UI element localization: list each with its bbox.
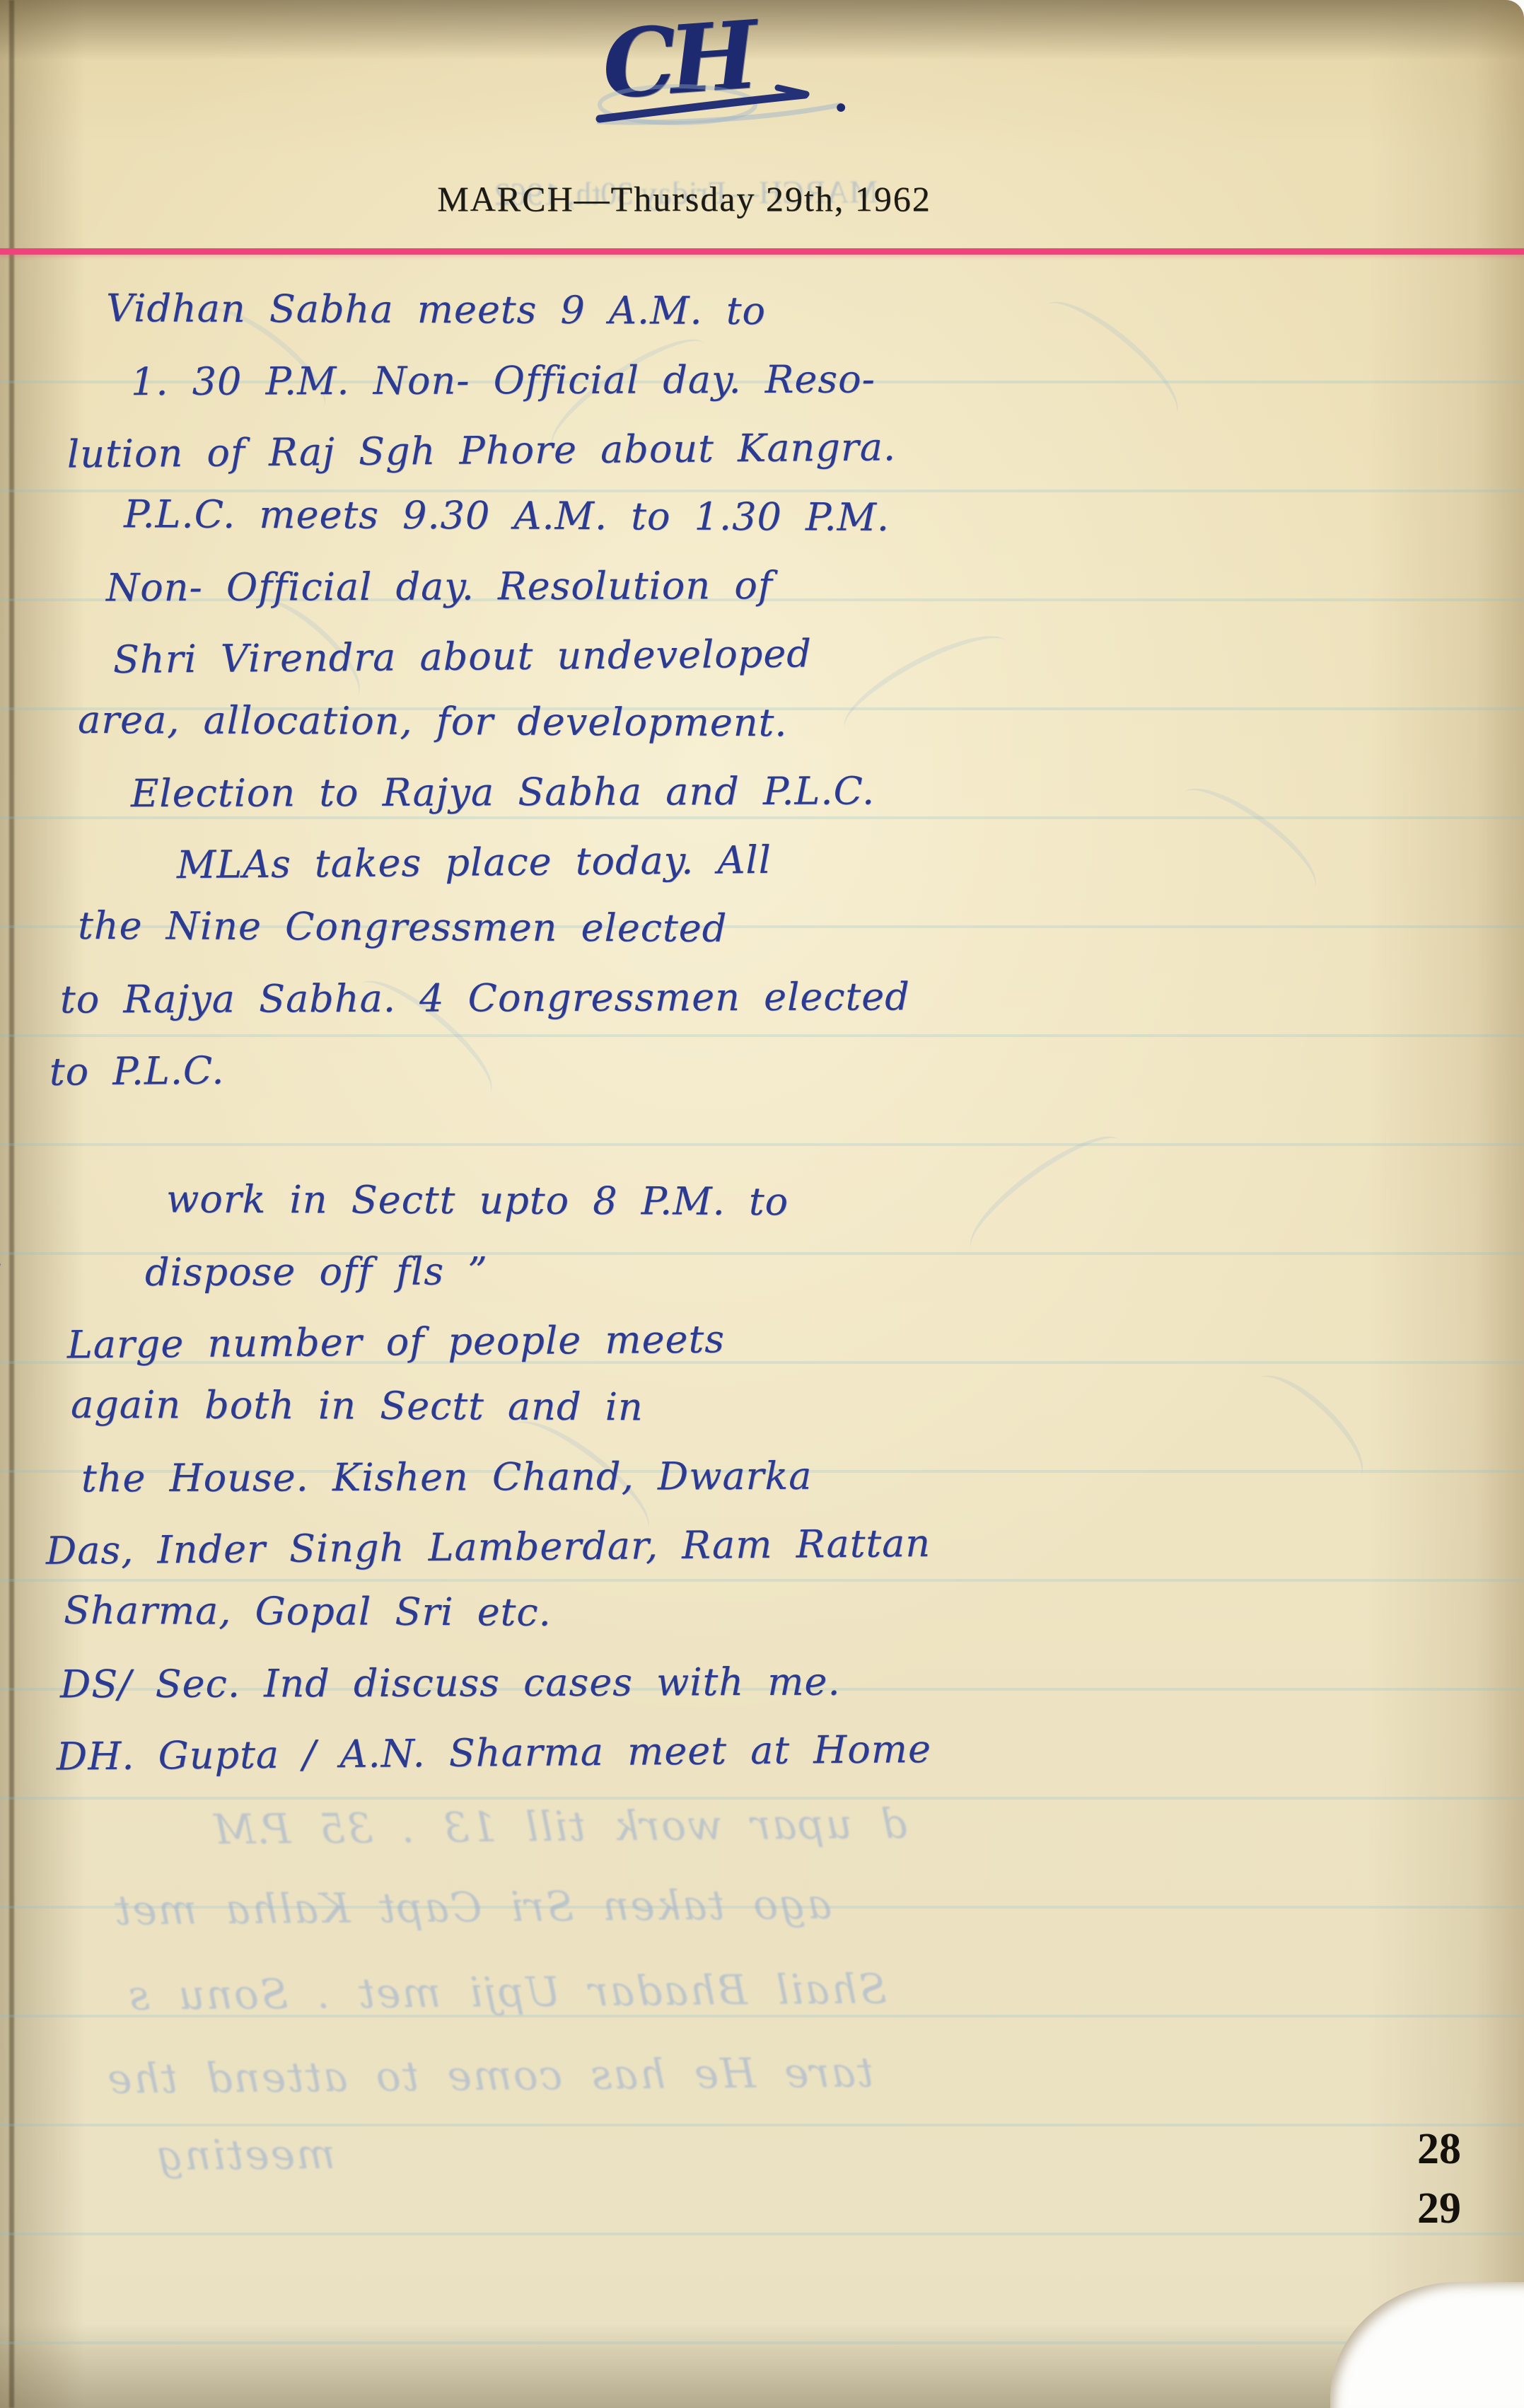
diary-line: 2/P.L.C. meets 9.30 A.M. to 1.30 P.M. [0,491,1510,566]
page-numbers: 28 29 [1405,2119,1473,2238]
printed-date-header: MARCH—Thursday 29th, 1962 [0,178,1446,219]
diary-line-text: the Nine Congressmen elected [78,903,727,951]
diary-line: DH. Gupta / A.N. Sharma meet at Home [0,1722,1510,1804]
diary-line-text: lution of Raj Sgh Phore about Kangra. [67,424,897,476]
diary-line-text: Vidhan Sabha meets 9 A.M. to [106,286,766,333]
diary-line-text: to P.L.C. [50,1048,225,1094]
diary-line: Non- Official day. Resolution of [0,560,1510,634]
diary-line-text: P.L.C. meets 9.30 A.M. to 1.30 P.M. [124,492,890,540]
diary-line: DS/ Sec. Ind discuss cases with me. [0,1657,1510,1730]
diary-line-text: Shri Virendra about undeveloped [113,631,812,682]
diary-paper: MARCH—Friday 30th, 1962 MARCH—Thursday 2… [0,0,1524,2408]
bleedthrough-line: meeting [156,2130,336,2180]
page-number: 28 [1405,2119,1473,2179]
diary-line: to P.L.C. [0,1037,1510,1119]
diary-line-text: 1. 30 P.M. Non- Official day. Reso- [131,357,876,404]
diary-line-text: MLAs takes place today. All [177,838,772,887]
diary-line-text: the House. Kishen Chand, Dwarka [81,1454,813,1501]
diary-line-text: Sharma, Gopal Sri etc. [64,1588,552,1635]
diary-line-text: area, allocation, for development. [78,697,788,745]
diary-line: 1/Vidhan Sabha meets 9 A.M. to [0,285,1510,360]
diary-line-text: Das, Inder Singh Lamberdar, Ram Rattan [46,1521,931,1573]
diary-line: the House. Kishen Chand, Dwarka [0,1451,1510,1524]
diary-line: 1. 30 P.M. Non- Official day. Reso- [0,354,1510,428]
diary-entries: 1/Vidhan Sabha meets 9 A.M. to1. 30 P.M.… [0,289,1510,1797]
initials-underline-flourish [593,83,847,133]
diary-line: Sharma, Gopal Sri etc. [0,1587,1510,1662]
diary-line-text: DH. Gupta / A.N. Sharma meet at Home [57,1727,932,1779]
diary-line: /byMLAs takes place today. All [0,831,1510,913]
pink-rule [0,248,1524,255]
diary-line: 3/Election to Rajya Sabha and P.L.C. [0,766,1510,840]
diary-line-text: Large number of people meets [67,1316,726,1367]
scanned-diary-page: MARCH—Friday 30th, 1962 MARCH—Thursday 2… [0,0,1524,2408]
diary-line: lution of Raj Sgh Phore about Kangra. [0,419,1510,502]
bleedthrough-line: d upar work till 13 . 35 P.M [212,1800,907,1854]
diary-line: 4/work in Sectt upto 8 P.M. to [0,1176,1510,1251]
diary-line-text: Election to Rajya Sabha and P.L.C. [131,768,875,816]
bleedthrough-line: tare He has come to attend the [106,2048,874,2102]
diary-line: to Rajya Sabha. 4 Congressmen elected [0,972,1510,1046]
diary-line: /dispose off fls ” [0,1245,1510,1319]
diary-line: again both in Sectt and in [0,1382,1510,1457]
bleedthrough-line: ago taken Sri Capt Kalha met [113,1880,832,1935]
diary-line-text: work in Sectt upto 8 P.M. to [166,1176,789,1224]
diary-line-text: DS/ Sec. Ind discuss cases with me. [60,1660,841,1707]
thumb-index-notch [1330,2282,1524,2408]
diary-line: area, allocation, for development. [0,697,1510,772]
diary-line-text: dispose off fls ” [145,1249,488,1295]
diary-line: the Nine Congressmen elected [0,903,1510,978]
diary-line-text: Non- Official day. Resolution of [106,563,773,610]
diary-line: Shri Virendra about undeveloped [0,625,1510,707]
bleedthrough-line: Shail Bhadar Upji met . Sonu s [127,1964,888,2019]
page-number: 29 [1405,2179,1473,2238]
diary-line: Das, Inder Singh Lamberdar, Ram Rattan [0,1516,1510,1598]
initials-period: . [833,69,849,122]
diary-line-text: to Rajya Sabha. 4 Congressmen elected [60,974,910,1021]
diary-line: Large number of people meets [0,1310,1510,1392]
diary-line-text: again both in Sectt and in [71,1382,644,1430]
